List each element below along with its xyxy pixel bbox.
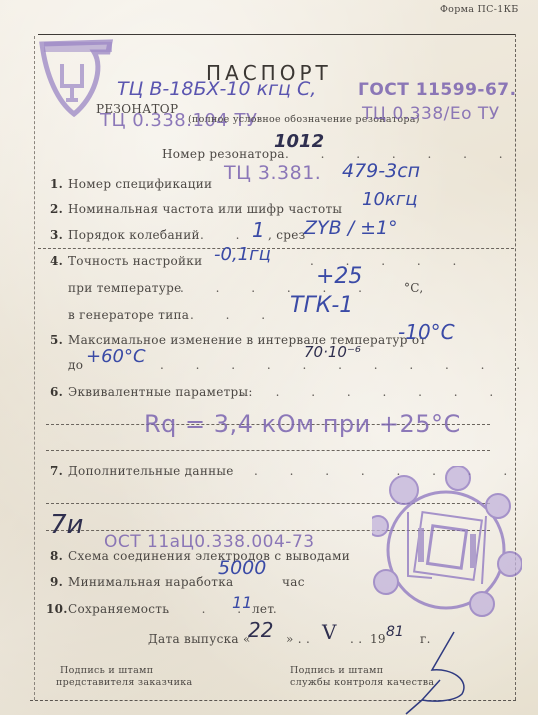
item-5-to-label: до [68,358,83,372]
signature-left-line2: представителя заказчика [56,677,192,688]
resonator-number-label: Номер резонатора [162,147,285,161]
item-2-label: Номинальная частота или шифр частоты [68,202,342,216]
dot-leader: . . [350,632,362,646]
issue-date-quote: » . . [286,632,310,646]
item-4-number: 4. [50,254,63,268]
form-code: Форма ПС-1КБ [440,4,519,15]
dot-leader: . . . [190,308,279,322]
item-5-label: Максимальное изменение в интервале темпе… [68,333,426,347]
item-3-label: Порядок колебаний [68,228,200,242]
signature-scribble-icon [392,630,482,715]
item-9-unit: час [282,575,305,589]
item-9-number: 9. [50,575,63,589]
section-rule [38,248,514,249]
item-4-temp-label: при температуре [68,281,181,295]
item-8-number: 8. [50,549,63,563]
resonator-number-value: 1012 [274,131,324,152]
item-3-cut-label: , срез [268,228,305,242]
item-1-number: 1. [50,177,63,191]
item-10-unit: лет [252,602,274,616]
item-6-label: Эквивалентные параметры: [68,385,253,399]
tu-stamp: ТЦ 0.338/Ео ТУ [362,104,500,124]
signature-right-line1: Подпись и штамп [290,665,383,676]
item-5-number: 5. [50,333,63,347]
item-2-value: 10кгц [362,189,418,210]
frame-top-rule [38,34,516,35]
item-2-number: 2. [50,202,63,216]
item-3-cut-value: ZYB / ±1° [304,217,398,239]
issue-date-year-prefix: 19 [370,632,386,646]
issue-date-label: Дата выпуска « [148,632,251,646]
item-10-value: 11 [232,593,252,612]
frame-left-rule [34,36,35,700]
item-6-number: 6. [50,385,63,399]
electrode-diagram-stamp [372,466,522,630]
item-4-generator-value: ТГК-1 [290,293,353,318]
item-1-stamp: ТЦ 3.381. [224,162,321,184]
item-9-label: Минимальная наработка [68,575,234,589]
item-4-value: -0,1гц [214,244,271,265]
item-5-value: -10°C [398,320,455,344]
item-9-value: 5000 [218,557,266,579]
item-4-generator-label: в генераторе типа [68,308,189,322]
dot-leader: . . . . . . . . . . . [160,358,534,372]
issue-date-month: V [322,620,336,644]
item-8-label: Схема соединения электродов с выводами [68,549,350,563]
issue-date-day: 22 [248,618,273,642]
item-6-value: Rq = 3,4 кОм при +25°C [144,410,461,438]
section-rule [46,450,490,451]
item-4-temp-value: +25 [316,264,362,289]
item-4-temp-unit: °C, [404,281,423,295]
item-10-number: 10. [46,602,68,616]
item-8-value: 7и [50,510,83,540]
item-3-value: 1 [252,218,265,242]
item-5-to-value: +60°C [86,346,146,367]
item-10-label: Сохраняемость [68,602,169,616]
item-3-number: 3. [50,228,63,242]
item-4-label: Точность настройки [68,254,202,268]
item-1-label: Номер спецификации [68,177,212,191]
dot-leader: . . . . . . . . [240,385,507,399]
item-7-label: Дополнительные данные [68,464,234,478]
signature-left-line1: Подпись и штамп [60,665,153,676]
item-7-number: 7. [50,464,63,478]
gost-stamp: ГОСТ 11599-67. [358,80,517,100]
item-1-value: 479-3сп [342,160,420,182]
dot-leader: . . [200,228,253,242]
resonator-handwritten: ТЦ В-18БХ-10 кгц С, [117,78,316,100]
